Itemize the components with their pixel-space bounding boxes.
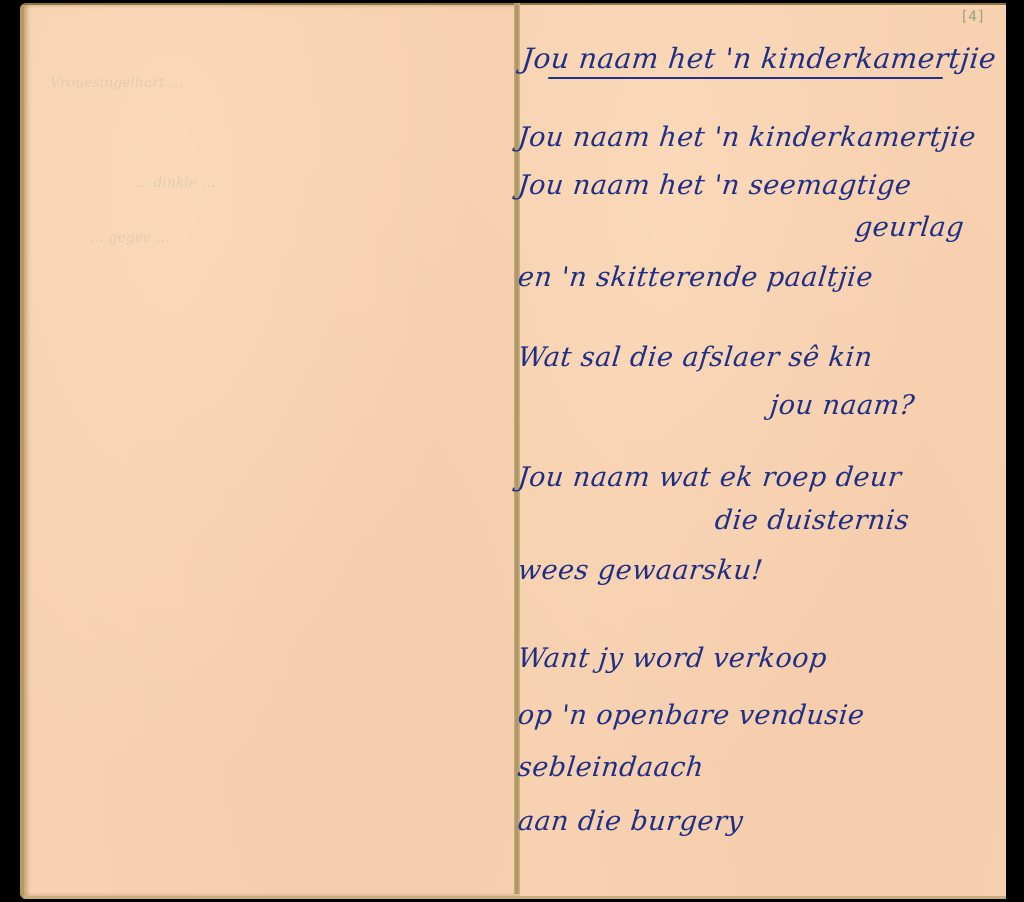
page-number: [4] bbox=[960, 9, 985, 25]
poem-line: Want jy word verkoop bbox=[516, 643, 828, 674]
poem-title: Jou naam het 'n kinderkamertjie bbox=[520, 42, 998, 75]
poem-line: jou naam? bbox=[768, 390, 916, 421]
poem-line: Jou naam wat ek roep deur bbox=[516, 462, 903, 493]
scanned-notebook-spread: Vrouesingelhart … … dinkie … … gegee … [… bbox=[0, 0, 1024, 902]
poem-line: wees gewaarsku! bbox=[516, 555, 764, 586]
poem-line: Jou naam het 'n kinderkamertjie bbox=[516, 122, 977, 153]
bleed-through-text: … gegee … bbox=[90, 230, 170, 246]
poem-line: op 'n openbare vendusie bbox=[516, 700, 866, 731]
title-underline bbox=[548, 77, 943, 79]
poem-line: geurlag bbox=[853, 212, 965, 243]
scan-border bbox=[1006, 0, 1024, 902]
poem-line: die duisternis bbox=[713, 505, 911, 536]
bleed-through-text: … dinkie … bbox=[135, 175, 216, 191]
poem-line: en 'n skitterende paaltjie bbox=[516, 262, 874, 293]
poem-line: aan die burgery bbox=[516, 806, 744, 837]
left-page bbox=[20, 3, 520, 899]
bleed-through-text: Vrouesingelhart … bbox=[50, 75, 183, 91]
poem-line: Wat sal die afslaer sê kin bbox=[516, 342, 874, 373]
poem-line: Jou naam het 'n seemagtige bbox=[516, 170, 913, 201]
poem-line: sebleindaach bbox=[516, 752, 705, 783]
